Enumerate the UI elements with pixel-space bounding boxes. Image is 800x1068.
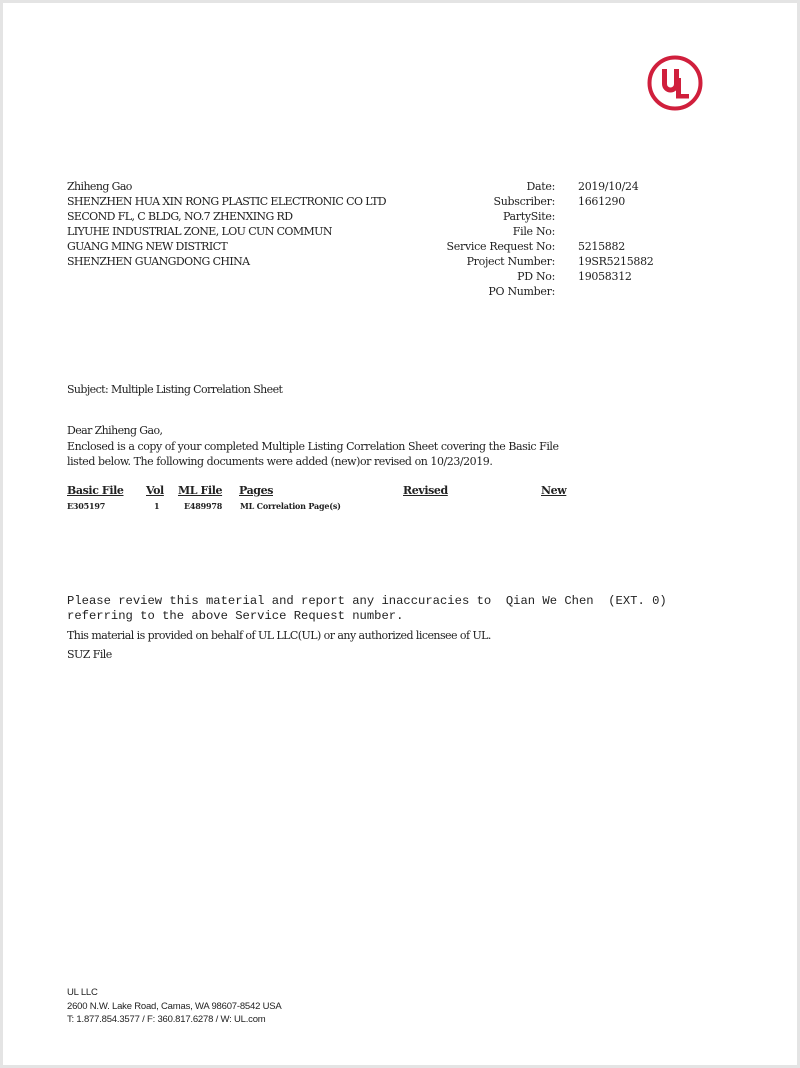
meta-label: Service Request No: <box>413 239 555 254</box>
provided-note: This material is provided on behalf of U… <box>67 629 491 642</box>
meta-row-file-no: File No: <box>413 224 654 239</box>
recipient-company: SHENZHEN HUA XIN RONG PLASTIC ELECTRONIC… <box>67 194 386 209</box>
cell-ml-file: E489978 <box>184 501 222 511</box>
meta-row-service-request: Service Request No: 5215882 <box>413 239 654 254</box>
meta-label: File No: <box>413 224 555 239</box>
footer-address: UL LLC 2600 N.W. Lake Road, Camas, WA 98… <box>67 986 282 1027</box>
header-revised: Revised <box>403 484 448 497</box>
header-pages: Pages <box>239 484 273 497</box>
meta-label: PD No: <box>413 269 555 284</box>
meta-value: 1661290 <box>578 194 625 209</box>
header-vol: Vol <box>146 484 164 497</box>
meta-row-partysite: PartySite: <box>413 209 654 224</box>
recipient-name: Zhiheng Gao <box>67 179 386 194</box>
meta-value: 19SR5215882 <box>578 254 654 269</box>
recipient-address-line: SECOND FL, C BLDG, NO.7 ZHENXING RD <box>67 209 386 224</box>
salutation: Dear Zhiheng Gao, <box>67 424 162 437</box>
cell-vol: 1 <box>154 501 159 511</box>
meta-row-pd-no: PD No: 19058312 <box>413 269 654 284</box>
review-line: Please review this material and report a… <box>67 594 667 609</box>
intro-line: listed below. The following documents we… <box>67 454 559 469</box>
meta-value: 5215882 <box>578 239 625 254</box>
cell-basic-file: E305197 <box>67 501 105 511</box>
meta-value: 19058312 <box>578 269 632 284</box>
meta-label: Project Number: <box>413 254 555 269</box>
meta-label: PartySite: <box>413 209 555 224</box>
meta-label: Subscriber: <box>413 194 555 209</box>
review-line: referring to the above Service Request n… <box>67 609 667 624</box>
meta-label: Date: <box>413 179 555 194</box>
meta-row-date: Date: 2019/10/24 <box>413 179 654 194</box>
footer-street: 2600 N.W. Lake Road, Camas, WA 98607-854… <box>67 1000 282 1014</box>
intro-line: Enclosed is a copy of your completed Mul… <box>67 439 559 454</box>
header-new: New <box>541 484 566 497</box>
subject-line: Subject: Multiple Listing Correlation Sh… <box>67 383 282 396</box>
meta-row-project-number: Project Number: 19SR5215882 <box>413 254 654 269</box>
header-basic-file: Basic File <box>67 484 124 497</box>
recipient-address: Zhiheng Gao SHENZHEN HUA XIN RONG PLASTI… <box>67 179 386 269</box>
intro-paragraph: Enclosed is a copy of your completed Mul… <box>67 439 559 469</box>
ul-logo-icon <box>646 54 704 112</box>
meta-label: PO Number: <box>413 284 555 299</box>
review-paragraph: Please review this material and report a… <box>67 594 667 624</box>
letter-page: Zhiheng Gao SHENZHEN HUA XIN RONG PLASTI… <box>3 3 797 1065</box>
meta-row-po-number: PO Number: <box>413 284 654 299</box>
recipient-address-line: LIYUHE INDUSTRIAL ZONE, LOU CUN COMMUN <box>67 224 386 239</box>
suz-file-note: SUZ File <box>67 648 112 661</box>
reference-block: Date: 2019/10/24 Subscriber: 1661290 Par… <box>413 179 654 299</box>
recipient-address-line: GUANG MING NEW DISTRICT <box>67 239 386 254</box>
cell-pages: ML Correlation Page(s) <box>240 501 341 511</box>
meta-value: 2019/10/24 <box>578 179 638 194</box>
footer-company: UL LLC <box>67 986 282 1000</box>
footer-contact: T: 1.877.854.3577 / F: 360.817.6278 / W:… <box>67 1013 282 1027</box>
meta-row-subscriber: Subscriber: 1661290 <box>413 194 654 209</box>
header-ml-file: ML File <box>178 484 222 497</box>
recipient-address-line: SHENZHEN GUANGDONG CHINA <box>67 254 386 269</box>
